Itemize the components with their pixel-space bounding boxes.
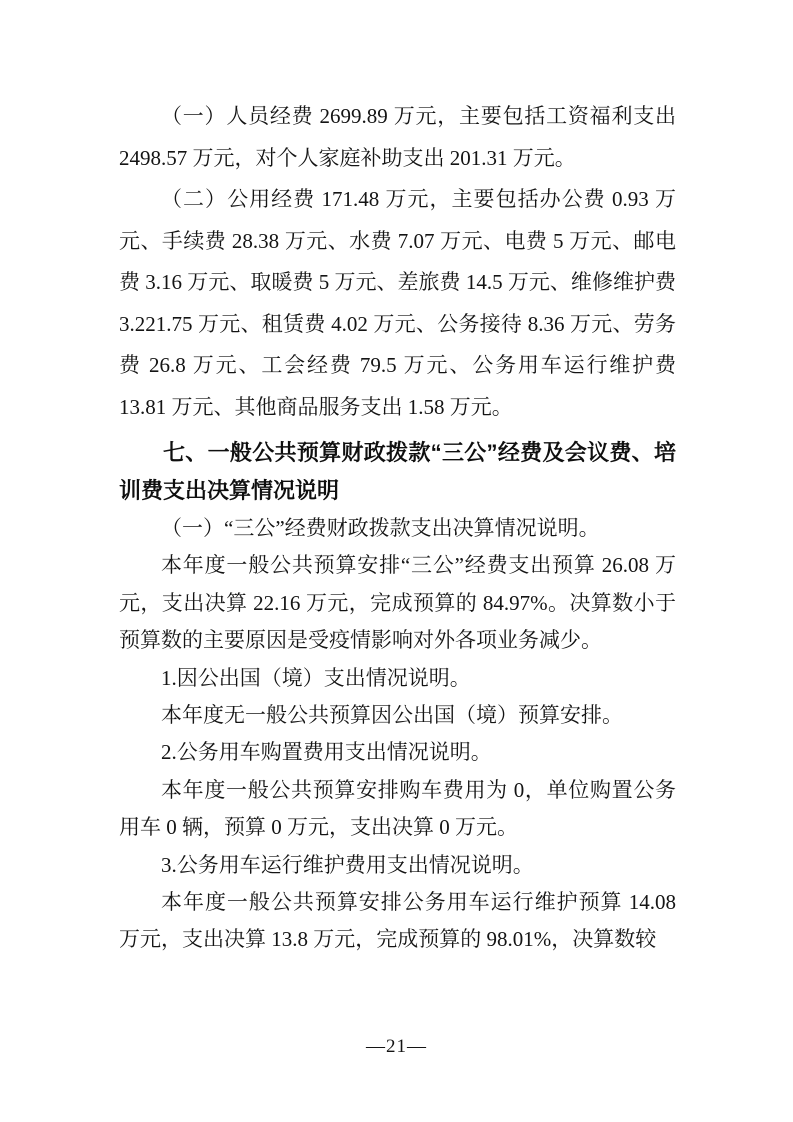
para-personnel-expense: （一）人员经费 2699.89 万元，主要包括工资福利支出 2498.57 万元… xyxy=(119,96,676,179)
para-sangong-budget: 本年度一般公共预算安排“三公”经费支出预算 26.08 万元，支出决算 22.1… xyxy=(119,547,676,659)
para-sangong-title: （一）“三公”经费财政拨款支出决算情况说明。 xyxy=(119,510,676,547)
page-number: —21— xyxy=(0,1036,793,1058)
para-vehicle-maintenance-title: 3.公务用车运行维护费用支出情况说明。 xyxy=(119,847,676,884)
para-abroad-body: 本年度无一般公共预算因公出国（境）预算安排。 xyxy=(119,697,676,734)
document-body: （一）人员经费 2699.89 万元，主要包括工资福利支出 2498.57 万元… xyxy=(119,96,676,959)
para-public-expense: （二）公用经费 171.48 万元，主要包括办公费 0.93 万元、手续费 28… xyxy=(119,179,676,428)
para-vehicle-purchase-body: 本年度一般公共预算安排购车费用为 0，单位购置公务用车 0 辆，预算 0 万元，… xyxy=(119,772,676,847)
section-seven-heading: 七、一般公共预算财政拨款“三公”经费及会议费、培训费支出决算情况说明 xyxy=(119,434,676,510)
para-vehicle-purchase-title: 2.公务用车购置费用支出情况说明。 xyxy=(119,734,676,771)
para-abroad-title: 1.因公出国（境）支出情况说明。 xyxy=(119,660,676,697)
document-page: （一）人员经费 2699.89 万元，主要包括工资福利支出 2498.57 万元… xyxy=(0,0,793,1122)
para-vehicle-maintenance-body: 本年度一般公共预算安排公务用车运行维护预算 14.08 万元，支出决算 13.8… xyxy=(119,884,676,959)
